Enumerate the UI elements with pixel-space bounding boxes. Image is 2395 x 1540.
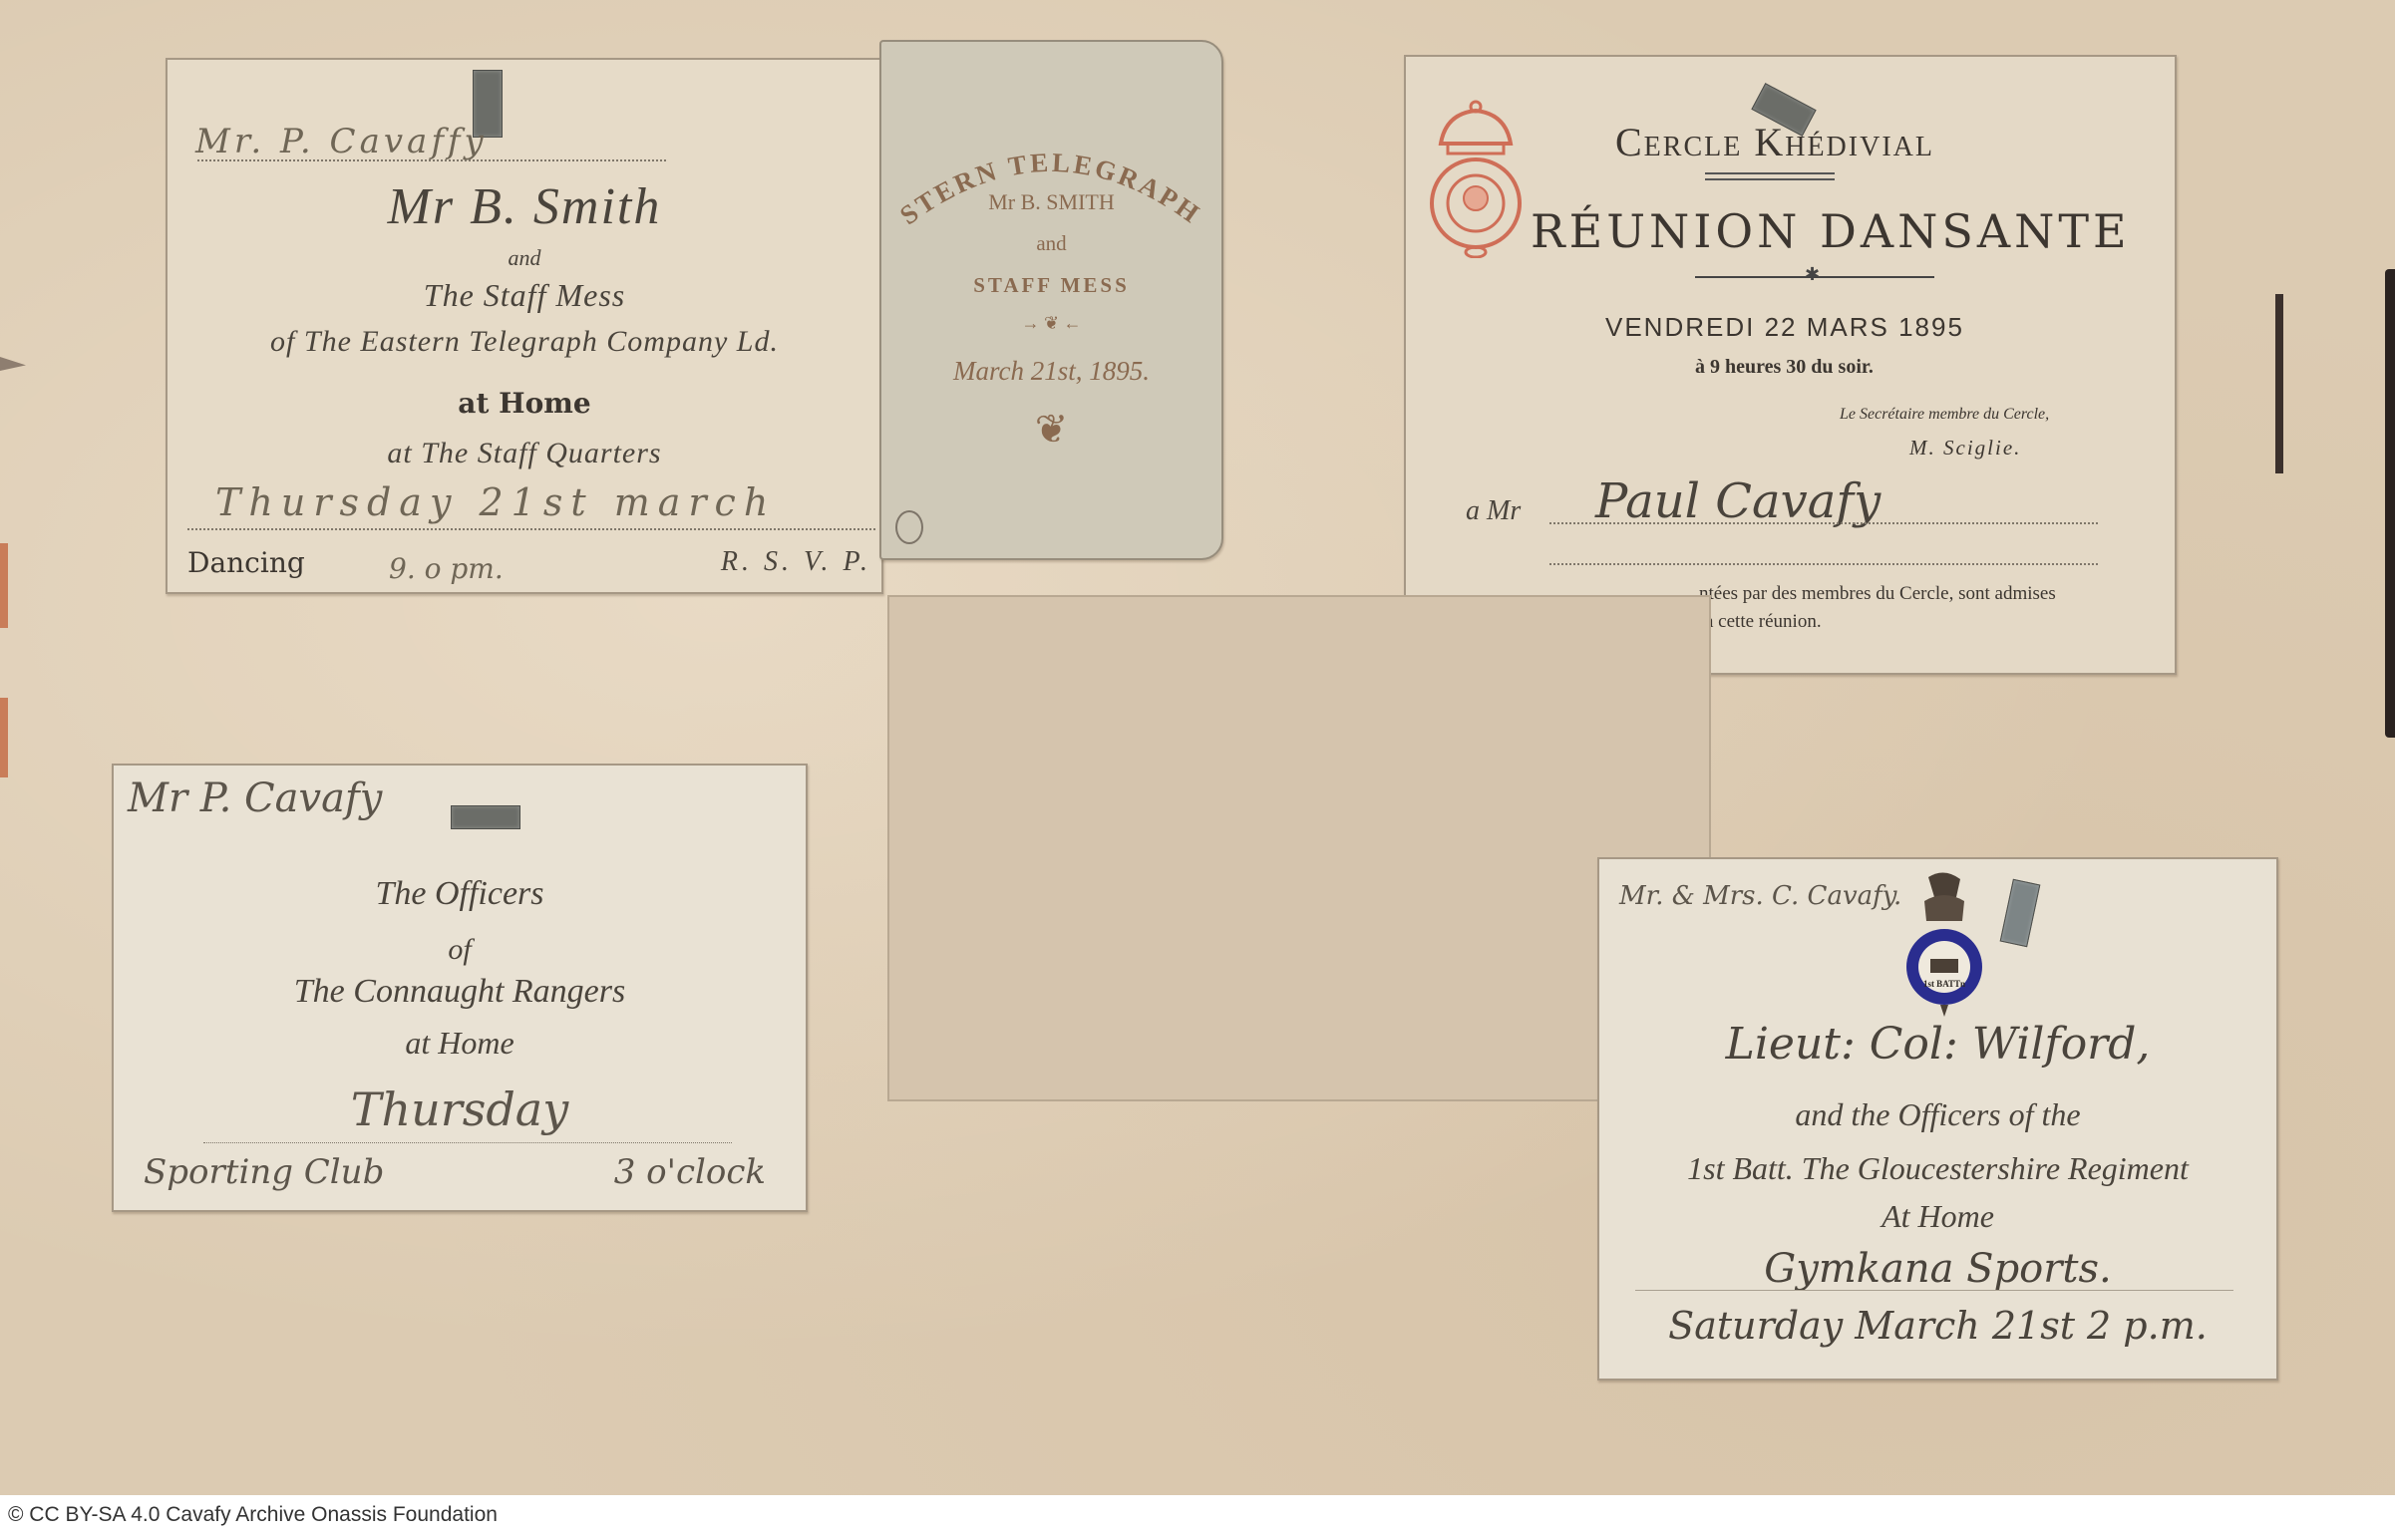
star-divider-icon: ✱ [1805,264,1820,285]
dotted-rule [203,1142,732,1143]
menu-date: March 21st, 1895. [881,356,1221,387]
binding-spine [2385,269,2395,738]
svg-text:1st BATTn: 1st BATTn [1923,979,1965,989]
day-handwritten: Thursday [114,1082,806,1136]
menu-and: and [881,231,1221,256]
officers-line: The Officers [114,875,806,913]
host-name: Mr B. Smith [168,177,881,236]
dotted-rule [197,159,666,161]
eastern-telegraph-invitation-card: Mr. P. Cavaffy Mr B. Smith and The Staff… [166,58,883,594]
page-tab-fragment [0,357,26,371]
svg-text:EASTERN TELEGRAPH Cº: EASTERN TELEGRAPH Cº [881,102,1215,236]
dotted-rule [1549,563,2098,565]
mounting-tape [451,805,520,829]
menu-host: Mr B. SMITH [881,189,1221,215]
eastern-telegraph-menu-card: EASTERN TELEGRAPH Cº Mr B. SMITH and STA… [879,40,1223,560]
blank-paper-panel [887,595,1711,1101]
dotted-rule [187,528,875,530]
event-handwritten: Gymkana Sports. [1599,1246,2276,1292]
date-handwritten: Saturday March 21st 2 p.m. [1599,1304,2276,1348]
date-handwritten: Thursday 21st march [215,480,776,524]
at-home-line: at Home [114,1025,806,1062]
at-home-line: at Home [168,387,881,420]
double-rule [1705,172,1835,180]
cercle-khedivial-card: Cercle Khédivial RÉUNION DANSANTE ✱ VEND… [1404,55,2177,675]
rsvp-label: R. S. V. P. [721,546,871,578]
regiment-line: The Connaught Rangers [114,973,806,1011]
event-title: RÉUNION DANSANTE [1531,204,2131,258]
time-handwritten: 9. o pm. [389,552,504,585]
event-time: à 9 heures 30 du soir. [1695,356,1874,379]
battalion-line: 1st Batt. The Gloucestershire Regiment [1599,1150,2276,1187]
binding-edge [0,543,8,628]
addressee-handwritten: Paul Cavafy [1595,473,1881,529]
company-line: of The Eastern Telegraph Company Ld. [168,325,881,359]
khedivial-crest-icon [1426,99,1526,258]
addressee-handwritten: Mr. & Mrs. C. Cavafy. [1619,881,1901,911]
regimental-badge-icon: 1st BATTn [1898,867,1990,1025]
staff-mess-line: The Staff Mess [168,277,881,314]
arched-title: EASTERN TELEGRAPH Cº [881,102,1220,251]
floral-ornament-icon: ❦ [881,406,1221,453]
dancing-label: Dancing [187,546,305,579]
dotted-rule [1549,522,2098,524]
addressee-handwritten: Mr. P. Cavaffy [195,122,488,161]
event-date: VENDREDI 22 MARS 1895 [1605,312,1964,343]
club-title: Cercle Khédivial [1615,119,1934,165]
copyright-credit: © CC BY-SA 4.0 Cavafy Archive Onassis Fo… [8,1503,498,1527]
host-handwritten: Lieut: Col: Wilford, [1599,1019,2276,1070]
at-home-line: At Home [1599,1198,2276,1235]
admission-note-line2: à cette réunion. [1705,611,1822,633]
admission-note-line1: …ntées par des membres du Cercle, sont a… [1680,583,2056,605]
time-handwritten: 3 o'clock [614,1152,766,1192]
rule [1635,1290,2233,1291]
mounting-tape [2000,879,2041,947]
connaught-rangers-card: Mr P. Cavafy The Officers of The Connaug… [112,764,808,1212]
quarters-line: at The Staff Quarters [168,437,881,470]
binding-shadow [2275,294,2283,473]
addressee-prefix: a Mr [1466,495,1521,527]
addressee-handwritten: Mr P. Cavafy [128,775,382,821]
officers-line: and the Officers of the [1599,1096,2276,1133]
ornament-divider: → ❦ ← [881,313,1221,334]
album-page: Mr. P. Cavaffy Mr B. Smith and The Staff… [0,0,2395,1495]
ribbon-hole [895,510,923,544]
gloucestershire-regiment-card: Mr. & Mrs. C. Cavafy. 1st BATTn Lieut: C… [1597,857,2278,1381]
of-line: of [114,933,806,967]
place-handwritten: Sporting Club [144,1152,384,1192]
binding-edge [0,698,8,777]
menu-staff-mess: STAFF MESS [881,273,1221,298]
secretary-label: Le Secrétaire membre du Cercle, [1840,406,2049,424]
secretary-signature: M. Sciglie. [1909,436,2021,461]
and-text: and [168,245,881,271]
